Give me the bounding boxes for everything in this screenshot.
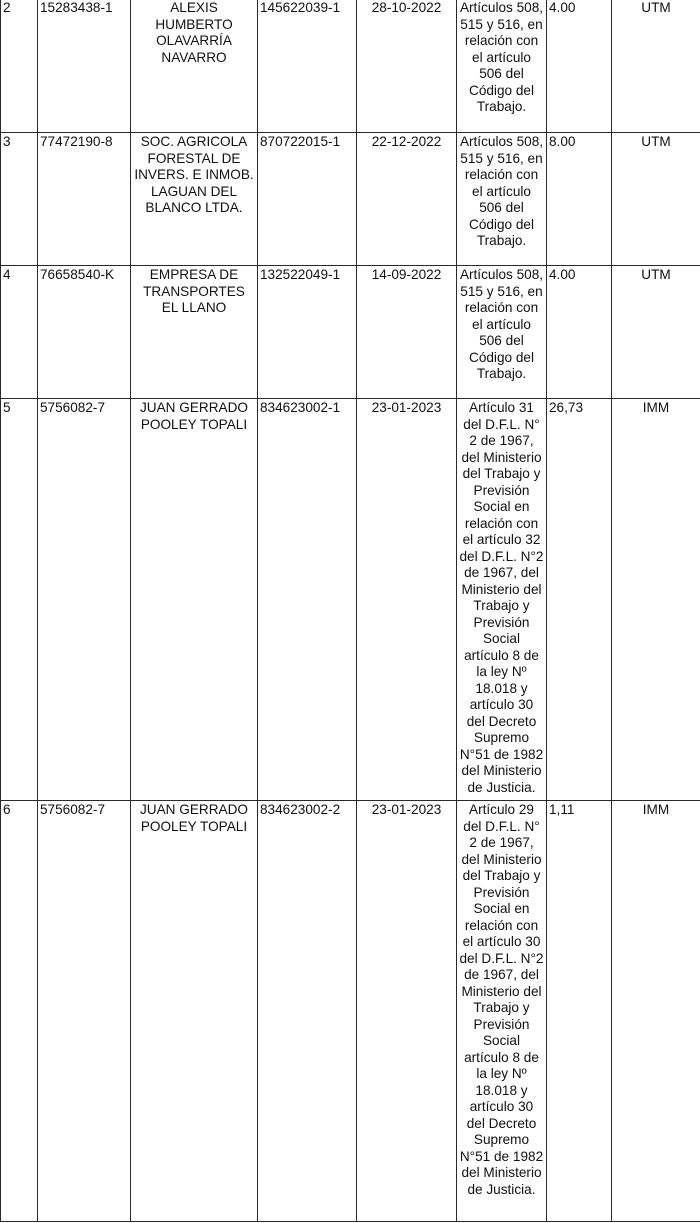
table-row: 5 5756082-7 JUAN GERRADO POOLEY TOPALI 8… [1, 399, 700, 801]
law-cell: Artículos 508, 515 y 516, en relación co… [457, 266, 547, 399]
unit-cell: IMM [612, 399, 700, 801]
row-number: 4 [1, 266, 38, 399]
date-cell: 14-09-2022 [357, 266, 457, 399]
table-row: 3 77472190-8 SOC. AGRICOLA FORESTAL DE I… [1, 133, 700, 266]
expediente-cell: 132522049-1 [258, 266, 357, 399]
name-cell: JUAN GERRADO POOLEY TOPALI [131, 399, 258, 801]
unit-cell: UTM [612, 266, 700, 399]
amount-cell: 4.00 [547, 0, 612, 133]
unit-cell: IMM [612, 801, 700, 1222]
row-number: 2 [1, 0, 38, 133]
rut-cell: 5756082-7 [38, 399, 131, 801]
row-number: 3 [1, 133, 38, 266]
law-cell: Artículo 29 del D.F.L. N° 2 de 1967, del… [457, 801, 547, 1222]
rut-cell: 77472190-8 [38, 133, 131, 266]
expediente-cell: 834623002-1 [258, 399, 357, 801]
name-cell: EMPRESA DE TRANSPORTES EL LLANO [131, 266, 258, 399]
expediente-cell: 145622039-1 [258, 0, 357, 133]
law-cell: Artículos 508, 515 y 516, en relación co… [457, 133, 547, 266]
fines-table: 2 15283438-1 ALEXIS HUMBERTO OLAVARRÍA N… [0, 0, 700, 1222]
row-number: 6 [1, 801, 38, 1222]
table-row: 4 76658540-K EMPRESA DE TRANSPORTES EL L… [1, 266, 700, 399]
unit-cell: UTM [612, 0, 700, 133]
date-cell: 23-01-2023 [357, 399, 457, 801]
amount-cell: 8.00 [547, 133, 612, 266]
date-cell: 22-12-2022 [357, 133, 457, 266]
amount-cell: 4.00 [547, 266, 612, 399]
unit-cell: UTM [612, 133, 700, 266]
rut-cell: 5756082-7 [38, 801, 131, 1222]
expediente-cell: 870722015-1 [258, 133, 357, 266]
rut-cell: 76658540-K [38, 266, 131, 399]
amount-cell: 1,11 [547, 801, 612, 1222]
expediente-cell: 834623002-2 [258, 801, 357, 1222]
name-cell: SOC. AGRICOLA FORESTAL DE INVERS. E INMO… [131, 133, 258, 266]
date-cell: 23-01-2023 [357, 801, 457, 1222]
row-number: 5 [1, 399, 38, 801]
name-cell: JUAN GERRADO POOLEY TOPALI [131, 801, 258, 1222]
law-cell: Artículo 31 del D.F.L. N° 2 de 1967, del… [457, 399, 547, 801]
table-row: 6 5756082-7 JUAN GERRADO POOLEY TOPALI 8… [1, 801, 700, 1222]
table-row: 2 15283438-1 ALEXIS HUMBERTO OLAVARRÍA N… [1, 0, 700, 133]
amount-cell: 26,73 [547, 399, 612, 801]
name-cell: ALEXIS HUMBERTO OLAVARRÍA NAVARRO [131, 0, 258, 133]
law-cell: Artículos 508, 515 y 516, en relación co… [457, 0, 547, 133]
date-cell: 28-10-2022 [357, 0, 457, 133]
rut-cell: 15283438-1 [38, 0, 131, 133]
